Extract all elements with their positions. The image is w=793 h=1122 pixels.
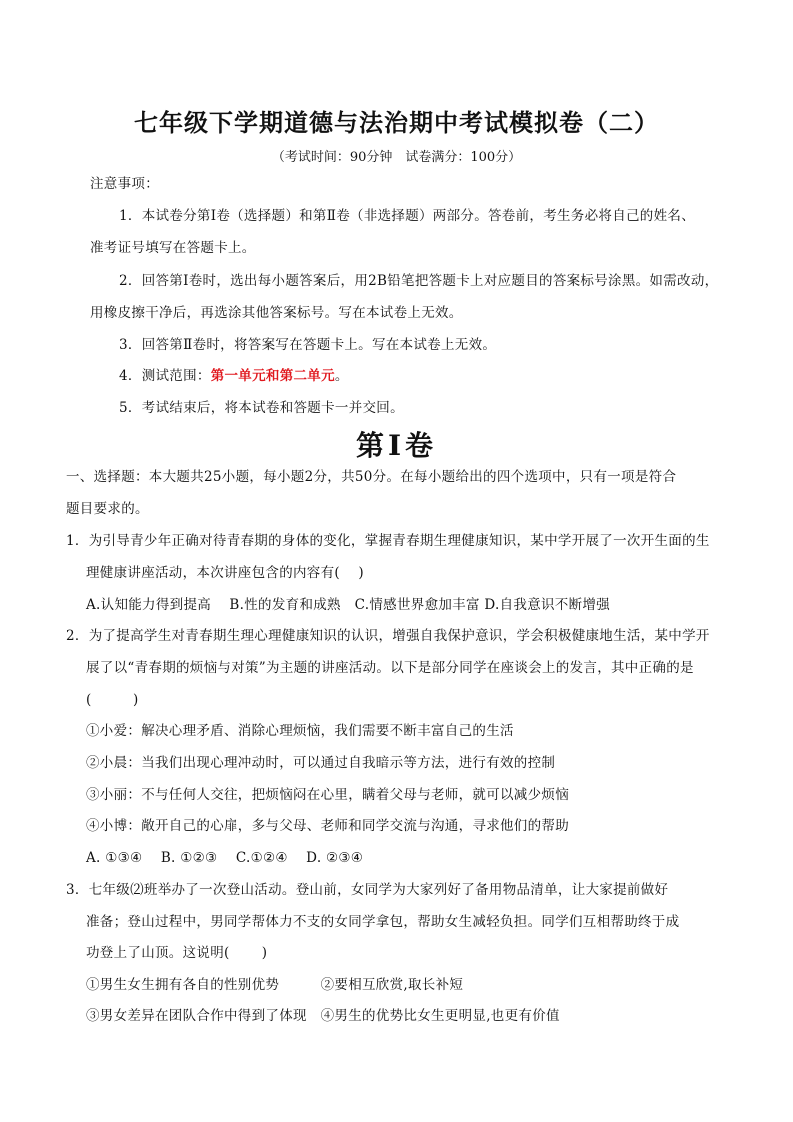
question-2-statement-3: ③小丽：不与任何人交往，把烦恼闷在心里，瞒着父母与老师，就可以减少烦恼 xyxy=(86,786,569,804)
question-2-stem-line-3: ( ) xyxy=(86,691,139,709)
section-title: 第Ⅰ卷 xyxy=(0,424,793,464)
question-1-stem-line-2: 理健康讲座活动，本次讲座包含的内容有( ) xyxy=(86,564,364,582)
test-scope-highlight: 第一单元和第二单元 xyxy=(211,368,335,384)
section-instructions-line-2: 题目要求的。 xyxy=(66,500,149,518)
question-3-stem-line-2: 准备；登山过程中，男同学帮体力不支的女同学拿包，帮助女生减轻负担。同学们互相帮助… xyxy=(86,913,679,931)
question-1-stem-line-1: 1．为引导青少年正确对待青春期的身体的变化，掌握青春期生理健康知识，某中学开展了… xyxy=(66,532,710,550)
notes-heading: 注意事项： xyxy=(90,175,159,193)
note-2-line-1: 2．回答第Ⅰ卷时，选出每小题答案后，用2B铅笔把答题卡上对应题目的答案标号涂黑。… xyxy=(119,272,718,290)
note-5: 5．考试结束后，将本试卷和答题卡一并交回。 xyxy=(119,399,404,417)
question-2-statement-4: ④小博：敞开自己的心扉，多与父母、老师和同学交流与沟通，寻求他们的帮助 xyxy=(86,817,569,835)
question-2-statement-2: ②小晨：当我们出现心理冲动时，可以通过自我暗示等方法，进行有效的控制 xyxy=(86,754,555,772)
question-2-statement-1: ①小爱：解决心理矛盾、消除心理烦恼，我们需要不断丰富自己的生活 xyxy=(86,722,514,740)
question-2-stem-line-2: 展了以“青春期的烦恼与对策”为主题的讲座活动。以下是部分同学在座谈会上的发言，其… xyxy=(86,659,694,677)
exam-title: 七年级下学期道德与法治期中考试模拟卷（二） xyxy=(0,103,793,138)
question-3-statements-row-1: ①男生女生拥有各自的性别优势 ②要相互欣赏,取长补短 xyxy=(86,976,463,994)
note-1-line-1: 1．本试卷分第Ⅰ卷（选择题）和第Ⅱ卷（非选择题）两部分。答卷前，考生务必将自己的… xyxy=(119,207,695,225)
question-2-stem-line-1: 2．为了提高学生对青春期生理心理健康知识的认识，增强自我保护意识，学会积极健康地… xyxy=(66,627,710,645)
exam-subtitle: （考试时间：90分钟 试卷满分：100分） xyxy=(0,146,793,165)
note-4-prefix: 4．测试范围： xyxy=(119,368,211,384)
note-3: 3．回答第Ⅱ卷时，将答案写在答题卡上。写在本试卷上无效。 xyxy=(119,336,496,354)
question-3-stem-line-1: 3．七年级⑵班举办了一次登山活动。登山前，女同学为大家列好了备用物品清单，让大家… xyxy=(66,881,668,899)
section-instructions-line-1: 一、选择题：本大题共25小题，每小题2分，共50分。在每小题给出的四个选项中，只… xyxy=(66,468,676,486)
note-1-line-2: 准考证号填写在答题卡上。 xyxy=(90,239,256,257)
question-1-options: A.认知能力得到提高 B.性的发育和成熟 C.情感世界愈加丰富 D.自我意识不断… xyxy=(86,596,610,614)
question-3-statements-row-2: ③男女差异在团队合作中得到了体现 ④男生的优势比女生更明显,也更有价值 xyxy=(86,1007,560,1025)
note-4: 4．测试范围：第一单元和第二单元。 xyxy=(119,367,349,385)
note-4-suffix: 。 xyxy=(335,368,349,384)
note-2-line-2: 用橡皮擦干净后，再选涂其他答案标号。写在本试卷上无效。 xyxy=(90,304,463,322)
question-2-options: A. ①③④ B. ①②③ C.①②④ D. ②③④ xyxy=(86,849,363,867)
question-3-stem-line-3: 功登上了山顶。这说明( ) xyxy=(86,944,267,962)
exam-page: 七年级下学期道德与法治期中考试模拟卷（二） （考试时间：90分钟 试卷满分：10… xyxy=(0,0,793,1122)
